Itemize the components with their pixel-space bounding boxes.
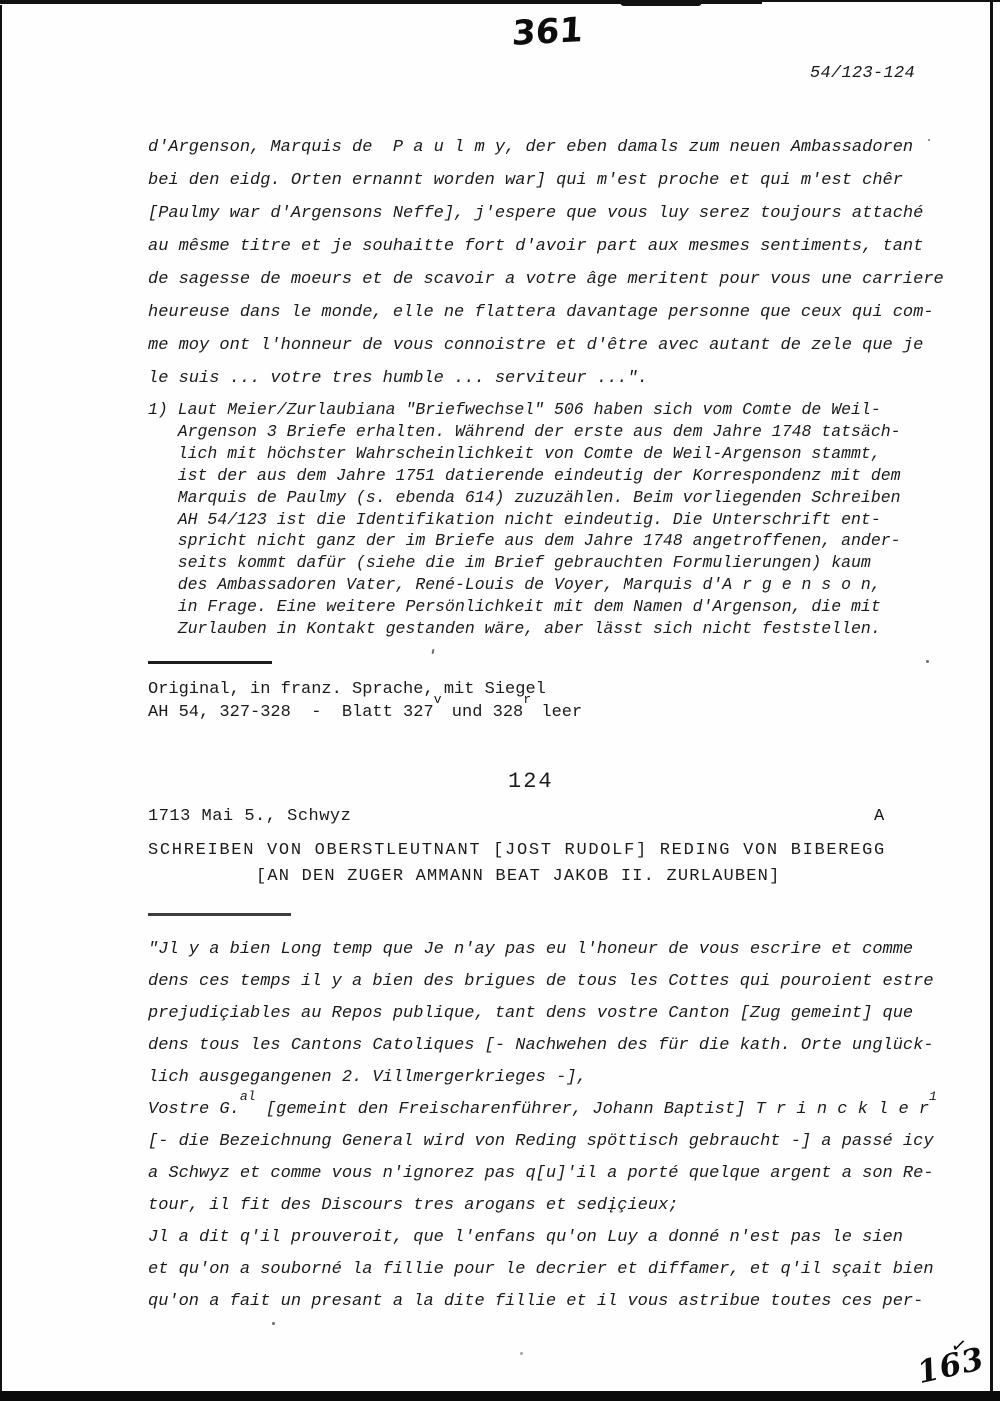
- siglum-a: A: [874, 807, 884, 826]
- text-line: qu'on a fait un presant a la dite fillie…: [148, 1286, 937, 1318]
- text-line: Original, in franz. Sprache, mit Siegel: [148, 679, 582, 702]
- text-line: et qu'on a souborné la fillie pour le de…: [148, 1254, 937, 1286]
- text-line: a Schwyz et comme vous n'ignorez pas q[u…: [148, 1158, 937, 1190]
- text-line: [- die Bezeichnung General wird von Redi…: [148, 1126, 937, 1158]
- footnote-1: 1) Laut Meier/Zurlaubiana "Briefwechsel"…: [148, 399, 901, 640]
- text-line: spricht nicht ganz der im Briefe aus dem…: [148, 530, 901, 552]
- dateline: 1713 Mai 5., Schwyz: [148, 807, 351, 826]
- text-line: tour, il fit des Discours tres arogans e…: [148, 1190, 937, 1222]
- text-line: AH 54, 327-328 - Blatt 327v und 328r lee…: [148, 702, 582, 725]
- scan-edge-bottom: [0, 1391, 1000, 1401]
- text-line: le suis ... votre tres humble ... servit…: [148, 362, 944, 395]
- text-line: Jl a dit q'il prouveroit, que l'enfans q…: [148, 1222, 937, 1254]
- text-line: Marquis de Paulmy (s. ebenda 614) zuzuzä…: [148, 487, 901, 509]
- text-line: au mêsme titre et je souhaitte fort d'av…: [148, 230, 944, 263]
- text-line: me moy ont l'honneur de vous connoistre …: [148, 329, 944, 362]
- text-line: lich ausgegangenen 2. Villmergerkrieges …: [148, 1062, 937, 1094]
- separator-rule: [148, 661, 272, 664]
- entry-heading-line1: SCHREIBEN VON OBERSTLEUTNANT [JOST RUDOL…: [148, 841, 886, 860]
- text-line: Zurlauben in Kontakt gestanden wäre, abe…: [148, 618, 901, 640]
- scan-speck: [926, 660, 929, 663]
- text-line: [Paulmy war d'Argensons Neffe], j'espere…: [148, 197, 944, 230]
- text-line: dens tous les Cantons Catoliques [- Nach…: [148, 1030, 937, 1062]
- scan-speck: [432, 649, 435, 654]
- text-line: prejudiçiables au Repos publique, tant d…: [148, 998, 937, 1030]
- text-line: "Jl y a bien Long temp que Je n'ay pas e…: [148, 934, 937, 966]
- letter-quote-continuation: d'Argenson, Marquis de P a u l m y, der …: [148, 131, 944, 395]
- provenance-note: Original, in franz. Sprache, mit SiegelA…: [148, 679, 582, 724]
- entry-heading-line2: [AN DEN ZUGER AMMANN BEAT JAKOB II. ZURL…: [256, 867, 780, 886]
- text-line: Argenson 3 Briefe erhalten. Während der …: [148, 421, 901, 443]
- scan-edge-top-right: [762, 0, 1000, 2]
- handwritten-number: 163: [914, 1341, 988, 1391]
- text-line: seits kommt dafür (siehe die im Brief ge…: [148, 552, 901, 574]
- text-line: in Frage. Eine weitere Persönlichkeit mi…: [148, 596, 901, 618]
- entry-number: 124: [508, 769, 554, 794]
- text-line: des Ambassadoren Vater, René-Louis de Vo…: [148, 574, 901, 596]
- text-line: heureuse dans le monde, elle ne flattera…: [148, 296, 944, 329]
- text-line: Vostre G.al [gemeint den Freischarenführ…: [148, 1094, 937, 1126]
- scanned-document-page: 361 54/123-124 d'Argenson, Marquis de P …: [0, 0, 1000, 1401]
- scan-edge-smudge: [620, 0, 702, 6]
- handwritten-folio-number: 361: [511, 10, 584, 54]
- letter-text: "Jl y a bien Long temp que Je n'ay pas e…: [148, 934, 937, 1318]
- text-line: dens ces temps il y a bien des brigues d…: [148, 966, 937, 998]
- text-line: de sagesse de moeurs et de scavoir a vot…: [148, 263, 944, 296]
- archive-reference: 54/123-124: [810, 64, 915, 83]
- text-line: lich mit höchster Wahrscheinlichkeit von…: [148, 443, 901, 465]
- separator-rule: [148, 913, 291, 916]
- text-line: AH 54/123 ist die Identifikation nicht e…: [148, 509, 901, 531]
- text-line: d'Argenson, Marquis de P a u l m y, der …: [148, 131, 944, 164]
- scan-speck: [272, 1322, 275, 1325]
- text-line: bei den eidg. Orten ernannt worden war] …: [148, 164, 944, 197]
- scan-edge-left: [0, 5, 2, 1401]
- text-line: 1) Laut Meier/Zurlaubiana "Briefwechsel"…: [148, 399, 901, 421]
- scan-speck: [520, 1352, 523, 1355]
- scan-edge-right: [990, 0, 993, 1401]
- text-line: ist der aus dem Jahre 1751 datierende ei…: [148, 465, 901, 487]
